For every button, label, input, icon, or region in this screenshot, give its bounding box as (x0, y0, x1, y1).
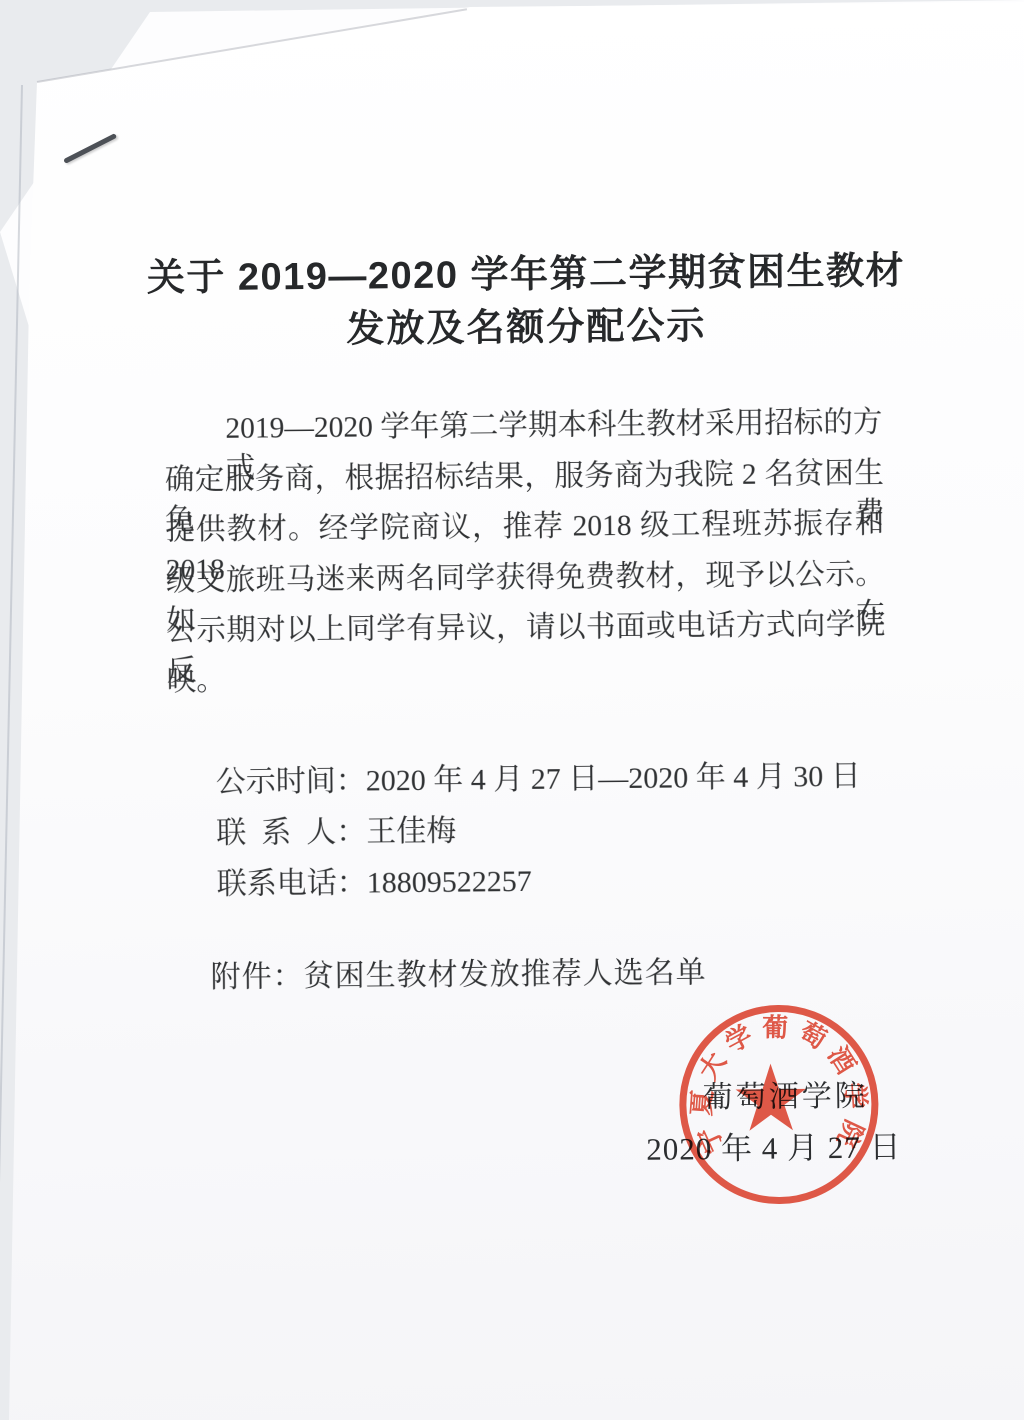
official-seal: 宁夏大学葡萄酒学院 (663, 991, 905, 1233)
scanned-notice-page: 关于 2019—2020 学年第二学期贫困生教材 发放及名额分配公示 2019—… (0, 0, 1024, 1420)
body-paragraph-line6: 映。 (167, 654, 886, 701)
page-title-line1: 关于 2019—2020 学年第二学期贫困生教材 (136, 249, 916, 300)
contact-person: 联 系 人：王佳梅 (216, 813, 456, 853)
seal-star-icon (735, 1063, 806, 1131)
page-title-line2: 发放及名额分配公示 (136, 302, 916, 353)
contact-phone: 联系电话：18809522257 (217, 863, 532, 904)
publicity-period: 公示时间：2020 年 4 月 27 日—2020 年 4 月 30 日 (216, 758, 861, 802)
notice-content: 关于 2019—2020 学年第二学期贫困生教材 发放及名额分配公示 2019—… (0, 0, 1024, 1420)
attachment-note: 附件：贫困生教材发放推荐人选名单 (210, 954, 706, 997)
